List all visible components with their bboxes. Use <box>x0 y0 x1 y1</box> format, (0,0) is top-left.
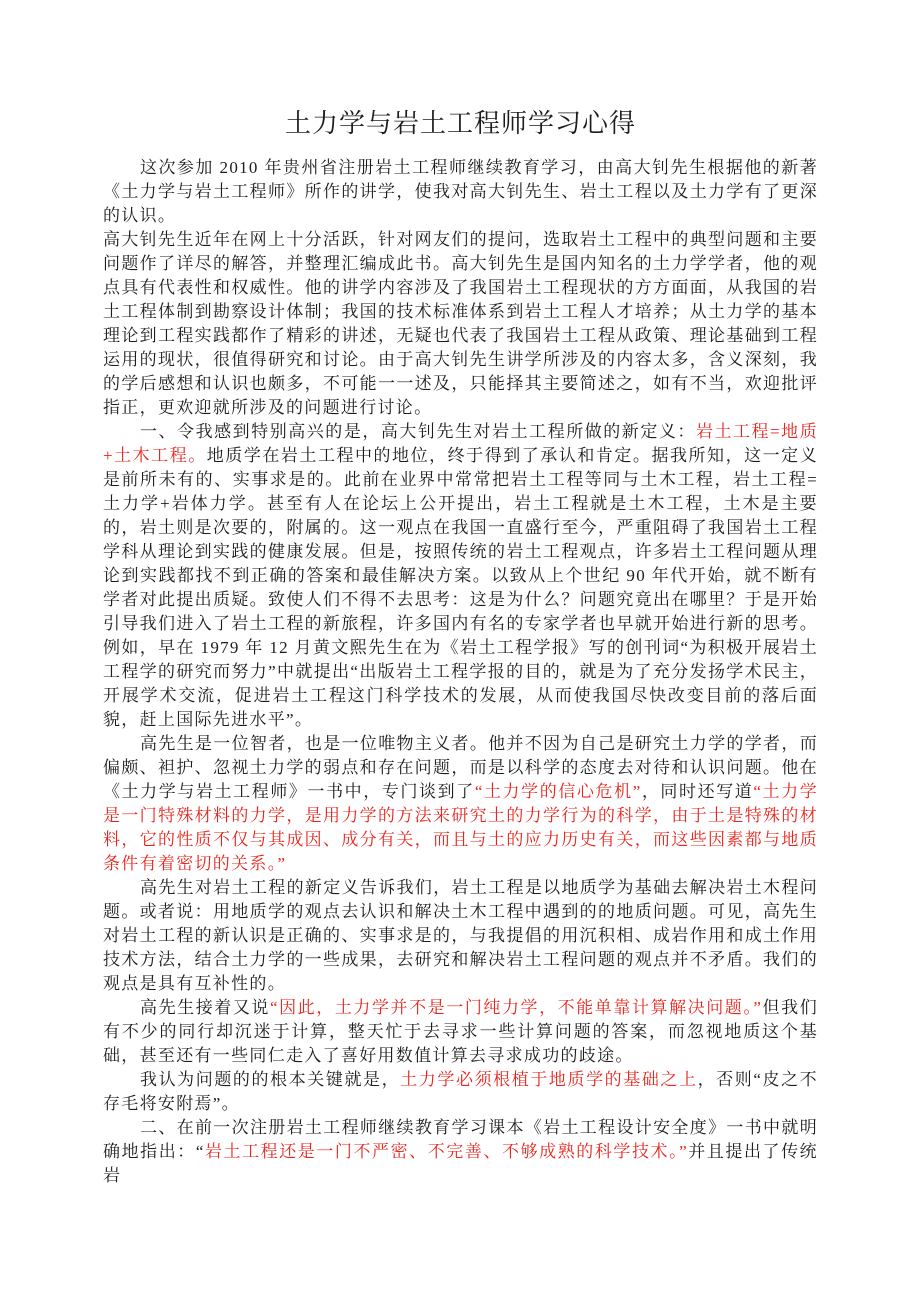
paragraph: 二、在前一次注册岩土工程师继续教育学习课本《岩土工程设计安全度》一书中就明确地指… <box>103 1116 818 1188</box>
highlighted-text-segment: “土力学的信心危机” <box>475 782 642 801</box>
paragraph: 高先生对岩土工程的新定义告诉我们，岩土工程是以地质学为基础去解决岩土木程问题。或… <box>103 876 818 996</box>
highlighted-text-segment: 岩土工程还是一门不严密、不完善、不够成熟的科学技术。” <box>205 1142 688 1161</box>
paragraph: 我认为问题的的根本关键就是，土力学必须根植于地质学的基础之上，否则“皮之不存毛将… <box>103 1068 818 1116</box>
text-segment: 高大钊先生近年在网上十分活跃，针对网友们的提问，选取岩土工程中的典型问题和主要问… <box>103 230 818 417</box>
document-title: 土力学与岩土工程师学习心得 <box>103 104 818 144</box>
paragraph: 这次参加 2010 年贵州省注册岩土工程师继续教育学习，由高大钊先生根据他的新著… <box>103 156 818 228</box>
highlighted-text-segment: “因此，土力学并不是一门纯力学，不能单靠计算解决问题。” <box>270 998 762 1017</box>
text-segment: 一、令我感到特别高兴的是，高大钊先生对岩土工程所做的新定义： <box>140 422 696 441</box>
text-segment: 高先生对岩土工程的新定义告诉我们，岩土工程是以地质学为基础去解决岩土木程问题。或… <box>103 878 818 993</box>
document-page: 土力学与岩土工程师学习心得 这次参加 2010 年贵州省注册岩土工程师继续教育学… <box>0 0 920 1302</box>
text-segment: ，同时还写道 <box>642 782 754 801</box>
paragraph: 高大钊先生近年在网上十分活跃，针对网友们的提问，选取岩土工程中的典型问题和主要问… <box>103 228 818 420</box>
highlighted-text-segment: 土力学必须根植于地质学的基础之上 <box>400 1070 697 1089</box>
text-segment: 地质学在岩土工程中的地位，终于得到了承认和肯定。据我所知，这一定义是前所未有的、… <box>103 446 818 729</box>
text-segment: 高先生接着又说 <box>140 998 270 1017</box>
paragraph: 高先生是一位智者，也是一位唯物主义者。他并不因为自己是研究土力学的学者，而偏颇、… <box>103 732 818 876</box>
text-segment: 这次参加 2010 年贵州省注册岩土工程师继续教育学习，由高大钊先生根据他的新著… <box>103 158 818 225</box>
document-body: 这次参加 2010 年贵州省注册岩土工程师继续教育学习，由高大钊先生根据他的新著… <box>103 156 818 1188</box>
paragraph: 一、令我感到特别高兴的是，高大钊先生对岩土工程所做的新定义：岩土工程=地质+土木… <box>103 420 818 732</box>
paragraph: 高先生接着又说“因此，土力学并不是一门纯力学，不能单靠计算解决问题。”但我们有不… <box>103 996 818 1068</box>
text-segment: 我认为问题的的根本关键就是， <box>140 1070 400 1089</box>
